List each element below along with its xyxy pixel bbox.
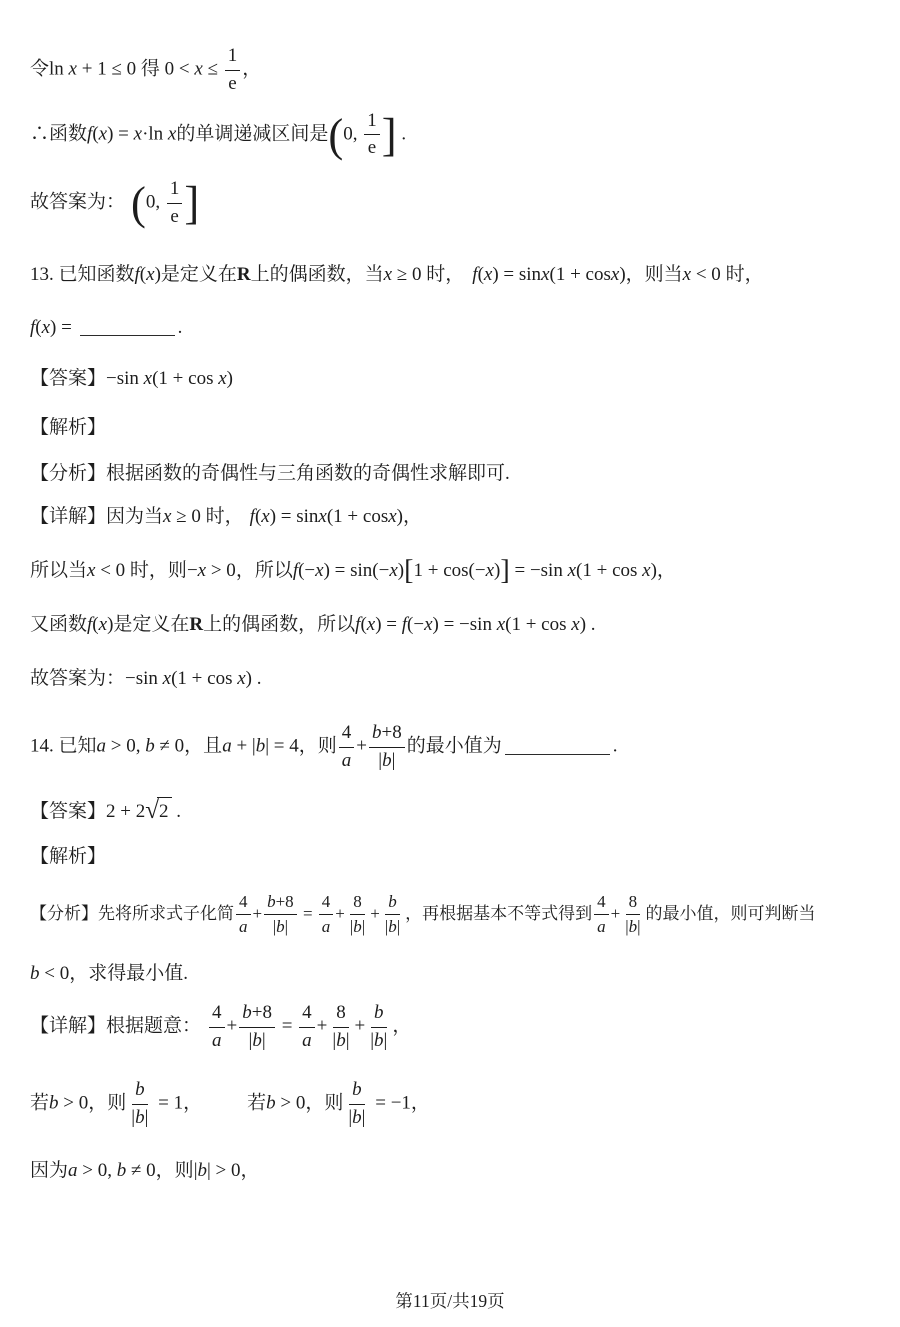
math-variable: a: [212, 1030, 222, 1051]
math-roman: 4: [322, 892, 331, 911]
math-variable: b: [145, 736, 155, 757]
math-roman: 4: [597, 892, 606, 911]
math-variable: b: [252, 1030, 262, 1051]
math-bold-symbol: R: [189, 614, 203, 635]
math-variable: b: [374, 1030, 384, 1051]
math-roman: 1: [170, 178, 180, 199]
text-run: ，: [241, 1160, 260, 1181]
text-run: 已知函数: [59, 264, 135, 285]
math-roman: .: [172, 801, 182, 822]
math-variable: x: [486, 560, 494, 581]
math-variable: x: [384, 264, 392, 285]
radicand: 2: [157, 797, 172, 827]
fraction-numerator: 4: [594, 892, 609, 915]
text-run: 【详解】因为当: [30, 506, 163, 527]
math-variable: b: [276, 917, 285, 936]
text-run: 【答案】: [30, 368, 106, 389]
math-variable: x: [541, 264, 549, 285]
math-roman: .: [613, 736, 618, 757]
text-run: ，则: [88, 1093, 126, 1114]
math-roman: ) .: [246, 668, 262, 689]
math-roman: 0 <: [160, 59, 194, 80]
math-roman: ) =: [375, 614, 402, 635]
math-variable: b: [629, 917, 638, 936]
math-roman: ) = −sin: [433, 614, 497, 635]
math-fraction: b|b|: [367, 1002, 390, 1053]
math-variable: x: [218, 368, 226, 389]
fraction-denominator: e: [167, 204, 181, 229]
math-roman: 0,: [146, 192, 165, 213]
fraction-denominator: a: [319, 915, 334, 937]
math-variable: x: [69, 59, 77, 80]
math-variable: a: [97, 736, 107, 757]
q13-jiexi: 【解析】: [30, 414, 872, 443]
fraction-denominator: |b|: [382, 915, 403, 937]
math-roman: |: [637, 917, 640, 936]
math-roman: 1: [228, 45, 238, 66]
math-variable: x: [497, 614, 505, 635]
math-variable: b: [388, 917, 397, 936]
math-roman: ·ln: [142, 123, 168, 144]
q13-blank-line: f(x) = .: [30, 314, 872, 343]
text-run: 又函数: [30, 614, 87, 635]
q13-detail-2: 所以当x < 0 时，则−x > 0，所以f(−x) = sin(−x)[1 +…: [30, 557, 872, 586]
math-fraction: 4a: [339, 722, 355, 773]
math-variable: x: [388, 506, 396, 527]
math-fraction: 4a: [299, 1002, 315, 1053]
math-roman: ≤: [203, 59, 223, 80]
text-run: 的单调递减区间是: [176, 123, 328, 144]
math-roman: + |: [232, 736, 256, 757]
math-variable: x: [237, 668, 245, 689]
math-roman: e: [170, 206, 178, 227]
text-run: ，且: [184, 736, 222, 757]
text-run: 时，: [726, 264, 764, 285]
math-roman: 1 + cos(−: [414, 560, 486, 581]
math-variable: x: [99, 123, 107, 144]
text-run: 是定义在: [161, 264, 237, 285]
blank-underline: [505, 753, 610, 755]
fraction-denominator: |b|: [375, 748, 398, 773]
fraction-denominator: |b|: [246, 1028, 269, 1053]
page-footer: 第11页/共19页: [0, 1288, 900, 1313]
text-run: 时，: [206, 506, 244, 527]
math-roman: =: [277, 1016, 297, 1037]
math-variable: x: [134, 123, 142, 144]
big-bracket: ]: [382, 112, 397, 158]
text-run: ，所以: [236, 560, 293, 581]
math-roman: 14.: [30, 736, 59, 757]
math-roman: +: [227, 1016, 238, 1037]
math-fraction: 8|b|: [329, 1002, 352, 1053]
math-roman: +: [356, 736, 367, 757]
text-run: ，再根据基本不等式得到: [405, 904, 592, 923]
math-variable: x: [163, 668, 171, 689]
math-fraction: b|b|: [382, 892, 403, 938]
math-variable: a: [322, 917, 331, 936]
math-fraction: b|b|: [345, 1079, 368, 1130]
text-run: 【答案】: [30, 801, 106, 822]
math-roman: +8: [276, 892, 294, 911]
math-roman: 13.: [30, 264, 59, 285]
fraction-numerator: 4: [236, 892, 251, 915]
fraction-denominator: a: [594, 915, 609, 937]
math-roman: ln: [49, 59, 69, 80]
math-roman: +: [253, 904, 263, 923]
fraction-denominator: |b|: [367, 1028, 390, 1053]
math-variable: b: [256, 736, 266, 757]
math-roman: ): [227, 368, 233, 389]
math-roman: (−: [407, 614, 424, 635]
q12-step: 令ln x + 1 ≤ 0 得 0 < x ≤ 1e，: [30, 45, 872, 96]
q12-conclusion: ∴函数f(x) = x·ln x的单调递减区间是(0, 1e] .: [30, 110, 872, 161]
math-bold-symbol: R: [237, 264, 251, 285]
math-roman: 1: [367, 110, 377, 131]
math-fraction: 8|b|: [622, 892, 643, 938]
text-run: ，: [657, 560, 676, 581]
text-run: 的最小值，则可判断当: [646, 904, 816, 923]
math-fraction: 1e: [167, 178, 183, 229]
math-fraction: 1e: [225, 45, 241, 96]
math-variable: b: [198, 1160, 208, 1181]
math-roman: ≥ 0: [171, 506, 205, 527]
fraction-denominator: a: [236, 915, 251, 937]
math-roman: ≥ 0: [392, 264, 426, 285]
text-run: 上的偶函数，当: [251, 264, 384, 285]
math-roman: (1 + cos: [327, 506, 388, 527]
math-variable: b: [374, 1002, 384, 1023]
q14-stem: 14. 已知a > 0, b ≠ 0，且a + |b| = 4，则4a+b+8|…: [30, 722, 872, 773]
math-roman: |: [262, 1030, 266, 1051]
text-run: ，求得最小值.: [69, 963, 188, 984]
document-content: 令ln x + 1 ≤ 0 得 0 < x ≤ 1e，∴函数f(x) = x·l…: [30, 40, 872, 1185]
text-run: ，则当: [626, 264, 683, 285]
math-variable: b: [382, 750, 392, 771]
math-roman: (1 + cos: [550, 264, 611, 285]
math-variable: b: [30, 963, 40, 984]
math-roman: + 1 ≤ 0: [77, 59, 141, 80]
math-fraction: 8|b|: [347, 892, 368, 938]
big-bracket: [: [404, 557, 413, 585]
math-roman: e: [368, 137, 376, 158]
math-roman: +: [370, 904, 380, 923]
math-variable: a: [222, 736, 232, 757]
math-roman: e: [228, 73, 236, 94]
text-run: 令: [30, 59, 49, 80]
math-roman: +: [611, 904, 621, 923]
spacer: [201, 1031, 207, 1032]
math-variable: b: [49, 1093, 59, 1114]
text-run: 函数: [49, 123, 87, 144]
math-variable: x: [194, 59, 202, 80]
fraction-denominator: |b|: [270, 915, 291, 937]
math-roman: 2: [159, 801, 169, 822]
math-roman: 2 + 2: [106, 801, 145, 822]
math-variable: b: [266, 1093, 276, 1114]
text-run: 得: [141, 59, 160, 80]
fraction-numerator: b+8: [239, 1002, 275, 1028]
text-run: 若: [30, 1093, 49, 1114]
text-run: 【解析】: [30, 846, 106, 867]
text-run: ，则: [156, 1160, 194, 1181]
q14-analysis-2: b < 0，求得最小值.: [30, 960, 872, 989]
text-run: ，: [411, 1093, 430, 1114]
math-variable: b: [242, 1002, 252, 1023]
q13-analysis: 【分析】根据函数的奇偶性与三角函数的奇偶性求解即可.: [30, 460, 872, 489]
math-variable: x: [318, 506, 326, 527]
fraction-denominator: e: [365, 135, 379, 160]
math-fraction: b|b|: [128, 1079, 151, 1130]
math-roman: 4: [342, 722, 352, 743]
math-fraction: b+8|b|: [369, 722, 405, 773]
text-run: 若: [247, 1093, 266, 1114]
fraction-numerator: 8: [350, 892, 365, 915]
math-variable: a: [302, 1030, 312, 1051]
fraction-numerator: b+8: [264, 892, 297, 915]
q14-detail-1: 【详解】根据题意：4a+b+8|b| = 4a+8|b|+b|b|，: [30, 1002, 872, 1053]
math-variable: b: [267, 892, 276, 911]
math-variable: x: [315, 560, 323, 581]
math-variable: b: [352, 1079, 362, 1100]
math-roman: −sin: [106, 368, 144, 389]
text-run: ，: [183, 1093, 202, 1114]
math-roman: 8: [629, 892, 638, 911]
math-roman: 8: [353, 892, 362, 911]
fraction-denominator: |b|: [622, 915, 643, 937]
math-roman: ) =: [107, 123, 134, 144]
math-roman: < 0: [691, 264, 725, 285]
page-number-label: 第11页/共19页: [395, 1291, 504, 1311]
math-fraction: 4a: [236, 892, 251, 938]
text-run: 【分析】先将所求式子化简: [30, 904, 234, 923]
big-bracket: ]: [184, 180, 199, 226]
math-variable: a: [68, 1160, 78, 1181]
fraction-denominator: a: [339, 748, 355, 773]
math-roman: 4: [239, 892, 248, 911]
math-variable: b: [353, 917, 362, 936]
q13-detail-1: 【详解】因为当x ≥ 0 时，f(x) = sinx(1 + cosx)，: [30, 503, 872, 532]
math-variable: x: [389, 560, 397, 581]
math-fraction: 4a: [319, 892, 334, 938]
fraction-numerator: 1: [167, 178, 183, 204]
text-run: ，则: [305, 1093, 343, 1114]
math-sqrt: √2: [145, 797, 171, 827]
math-roman: |: [145, 1107, 149, 1128]
fraction-denominator: |b|: [345, 1105, 368, 1130]
text-run: 是定义在: [113, 614, 189, 635]
math-fraction: 4a: [209, 1002, 225, 1053]
fraction-denominator: a: [209, 1028, 225, 1053]
q13-stem: 13. 已知函数f(x)是定义在R上的偶函数，当x ≥ 0 时，f(x) = s…: [30, 261, 872, 290]
math-roman: 8: [336, 1002, 346, 1023]
math-roman: ) = sin(−: [324, 560, 390, 581]
math-roman: −: [187, 560, 198, 581]
math-roman: ) = sin: [270, 506, 319, 527]
math-roman: +: [335, 904, 345, 923]
math-roman: |: [392, 750, 396, 771]
fraction-numerator: b: [349, 1079, 365, 1105]
math-roman: | > 0: [207, 1160, 241, 1181]
q13-final-answer: 故答案为：−sin x(1 + cos x) .: [30, 665, 872, 694]
math-roman: 4: [302, 1002, 312, 1023]
math-roman: (1 + cos: [171, 668, 237, 689]
math-roman: = −sin: [510, 560, 568, 581]
math-variable: b: [117, 1160, 127, 1181]
big-bracket: ]: [500, 557, 509, 585]
math-roman: < 0: [95, 560, 129, 581]
math-fraction: b+8|b|: [264, 892, 297, 938]
math-roman: (−: [298, 560, 315, 581]
math-roman: < 0: [40, 963, 70, 984]
q12-final-answer: 故答案为：(0, 1e]: [30, 178, 872, 229]
text-run: 故答案为：: [30, 668, 125, 689]
fraction-numerator: 8: [626, 892, 641, 915]
q13-detail-3: 又函数f(x)是定义在R上的偶函数，所以f(x) = f(−x) = −sin …: [30, 611, 872, 640]
q14-detail-2: 若b > 0，则b|b| = 1，若b > 0，则b|b| = −1，: [30, 1079, 872, 1130]
math-roman: +: [317, 1016, 328, 1037]
math-roman: 0,: [343, 123, 362, 144]
math-fraction: b+8|b|: [239, 1002, 275, 1053]
math-roman: ∴: [30, 123, 49, 144]
text-run: 所以当: [30, 560, 87, 581]
text-run: 的最小值为: [407, 736, 502, 757]
fraction-numerator: 4: [339, 722, 355, 748]
math-roman: > 0,: [106, 736, 145, 757]
math-variable: x: [571, 614, 579, 635]
math-roman: |: [362, 917, 365, 936]
math-roman: |: [384, 1030, 388, 1051]
math-roman: ) =: [50, 317, 77, 338]
text-run: ，: [242, 59, 261, 80]
math-roman: |: [285, 917, 288, 936]
text-run: 已知: [59, 736, 97, 757]
math-variable: x: [367, 614, 375, 635]
fraction-denominator: |b|: [329, 1028, 352, 1053]
fraction-numerator: 1: [225, 45, 241, 71]
math-variable: x: [642, 560, 650, 581]
fraction-numerator: 4: [319, 892, 334, 915]
math-variable: b: [388, 892, 397, 911]
math-variable: x: [261, 506, 269, 527]
fraction-numerator: b+8: [369, 722, 405, 748]
math-roman: .: [178, 317, 183, 338]
math-variable: x: [683, 264, 691, 285]
text-run: 上的偶函数，所以: [203, 614, 355, 635]
q13-answer: 【答案】−sin x(1 + cos x): [30, 365, 872, 394]
math-roman: |: [362, 1107, 366, 1128]
math-variable: b: [135, 1107, 145, 1128]
math-variable: a: [597, 917, 606, 936]
math-roman: ≠ 0: [126, 1160, 155, 1181]
math-roman: +: [355, 1016, 366, 1037]
math-variable: b: [352, 1107, 362, 1128]
fraction-numerator: 4: [299, 1002, 315, 1028]
math-variable: x: [42, 317, 50, 338]
math-roman: > 0: [59, 1093, 89, 1114]
text-run: ，: [392, 1016, 411, 1037]
q14-jiexi: 【解析】: [30, 843, 872, 872]
math-variable: a: [239, 917, 248, 936]
math-roman: =: [299, 904, 317, 923]
fraction-numerator: 8: [333, 1002, 349, 1028]
text-run: 【解析】: [30, 417, 106, 438]
math-roman: = 1: [153, 1093, 183, 1114]
math-fraction: 1e: [364, 110, 380, 161]
text-run: 【分析】根据函数的奇偶性与三角函数的奇偶性求解即可.: [30, 463, 510, 484]
fraction-denominator: e: [225, 71, 239, 96]
math-roman: .: [397, 123, 407, 144]
math-variable: x: [424, 614, 432, 635]
math-variable: x: [198, 560, 206, 581]
math-roman: (1 + cos: [576, 560, 642, 581]
math-roman: > 0: [276, 1093, 306, 1114]
fraction-numerator: 1: [364, 110, 380, 136]
math-roman: +8: [252, 1002, 272, 1023]
math-roman: (1 + cos: [505, 614, 571, 635]
fraction-denominator: a: [299, 1028, 315, 1053]
spacer: [202, 1108, 247, 1109]
fraction-denominator: |b|: [347, 915, 368, 937]
text-run: 时，: [426, 264, 464, 285]
math-roman: |: [397, 917, 400, 936]
q14-detail-3: 因为a > 0, b ≠ 0，则|b| > 0，: [30, 1157, 872, 1186]
math-fraction: 4a: [594, 892, 609, 938]
math-variable: x: [144, 368, 152, 389]
q14-analysis: 【分析】先将所求式子化简4a+b+8|b| = 4a+8|b|+b|b|，再根据…: [30, 892, 872, 938]
math-roman: (1 + cos: [152, 368, 218, 389]
math-roman: +8: [381, 722, 401, 743]
q14-answer: 【答案】2 + 2√2 .: [30, 797, 872, 827]
fraction-numerator: b: [385, 892, 400, 915]
text-run: 【详解】根据题意：: [30, 1016, 201, 1037]
text-run: 故答案为：: [30, 192, 125, 213]
math-variable: x: [146, 264, 154, 285]
text-run: 时，则: [130, 560, 187, 581]
document-page: 令ln x + 1 ≤ 0 得 0 < x ≤ 1e，∴函数f(x) = x·l…: [0, 0, 900, 1327]
math-roman: | = 4: [265, 736, 299, 757]
blank-underline: [80, 334, 175, 336]
fraction-numerator: 4: [209, 1002, 225, 1028]
big-bracket: (: [131, 180, 146, 226]
math-roman: −sin: [125, 668, 163, 689]
math-variable: x: [99, 614, 107, 635]
fraction-numerator: b: [371, 1002, 387, 1028]
math-roman: |: [346, 1030, 350, 1051]
math-roman: > 0,: [78, 1160, 117, 1181]
math-variable: b: [336, 1030, 346, 1051]
math-variable: a: [342, 750, 352, 771]
text-run: 因为: [30, 1160, 68, 1181]
text-run: ，则: [299, 736, 337, 757]
fraction-denominator: |b|: [128, 1105, 151, 1130]
big-bracket: (: [328, 112, 343, 158]
math-roman: ) = sin: [492, 264, 541, 285]
math-variable: x: [568, 560, 576, 581]
math-variable: b: [135, 1079, 145, 1100]
text-run: ，: [403, 506, 422, 527]
math-roman: = −1: [370, 1093, 410, 1114]
math-roman: 4: [212, 1002, 222, 1023]
fraction-numerator: b: [132, 1079, 148, 1105]
math-roman: > 0: [206, 560, 236, 581]
math-roman: ) .: [580, 614, 596, 635]
math-roman: ≠ 0: [155, 736, 184, 757]
